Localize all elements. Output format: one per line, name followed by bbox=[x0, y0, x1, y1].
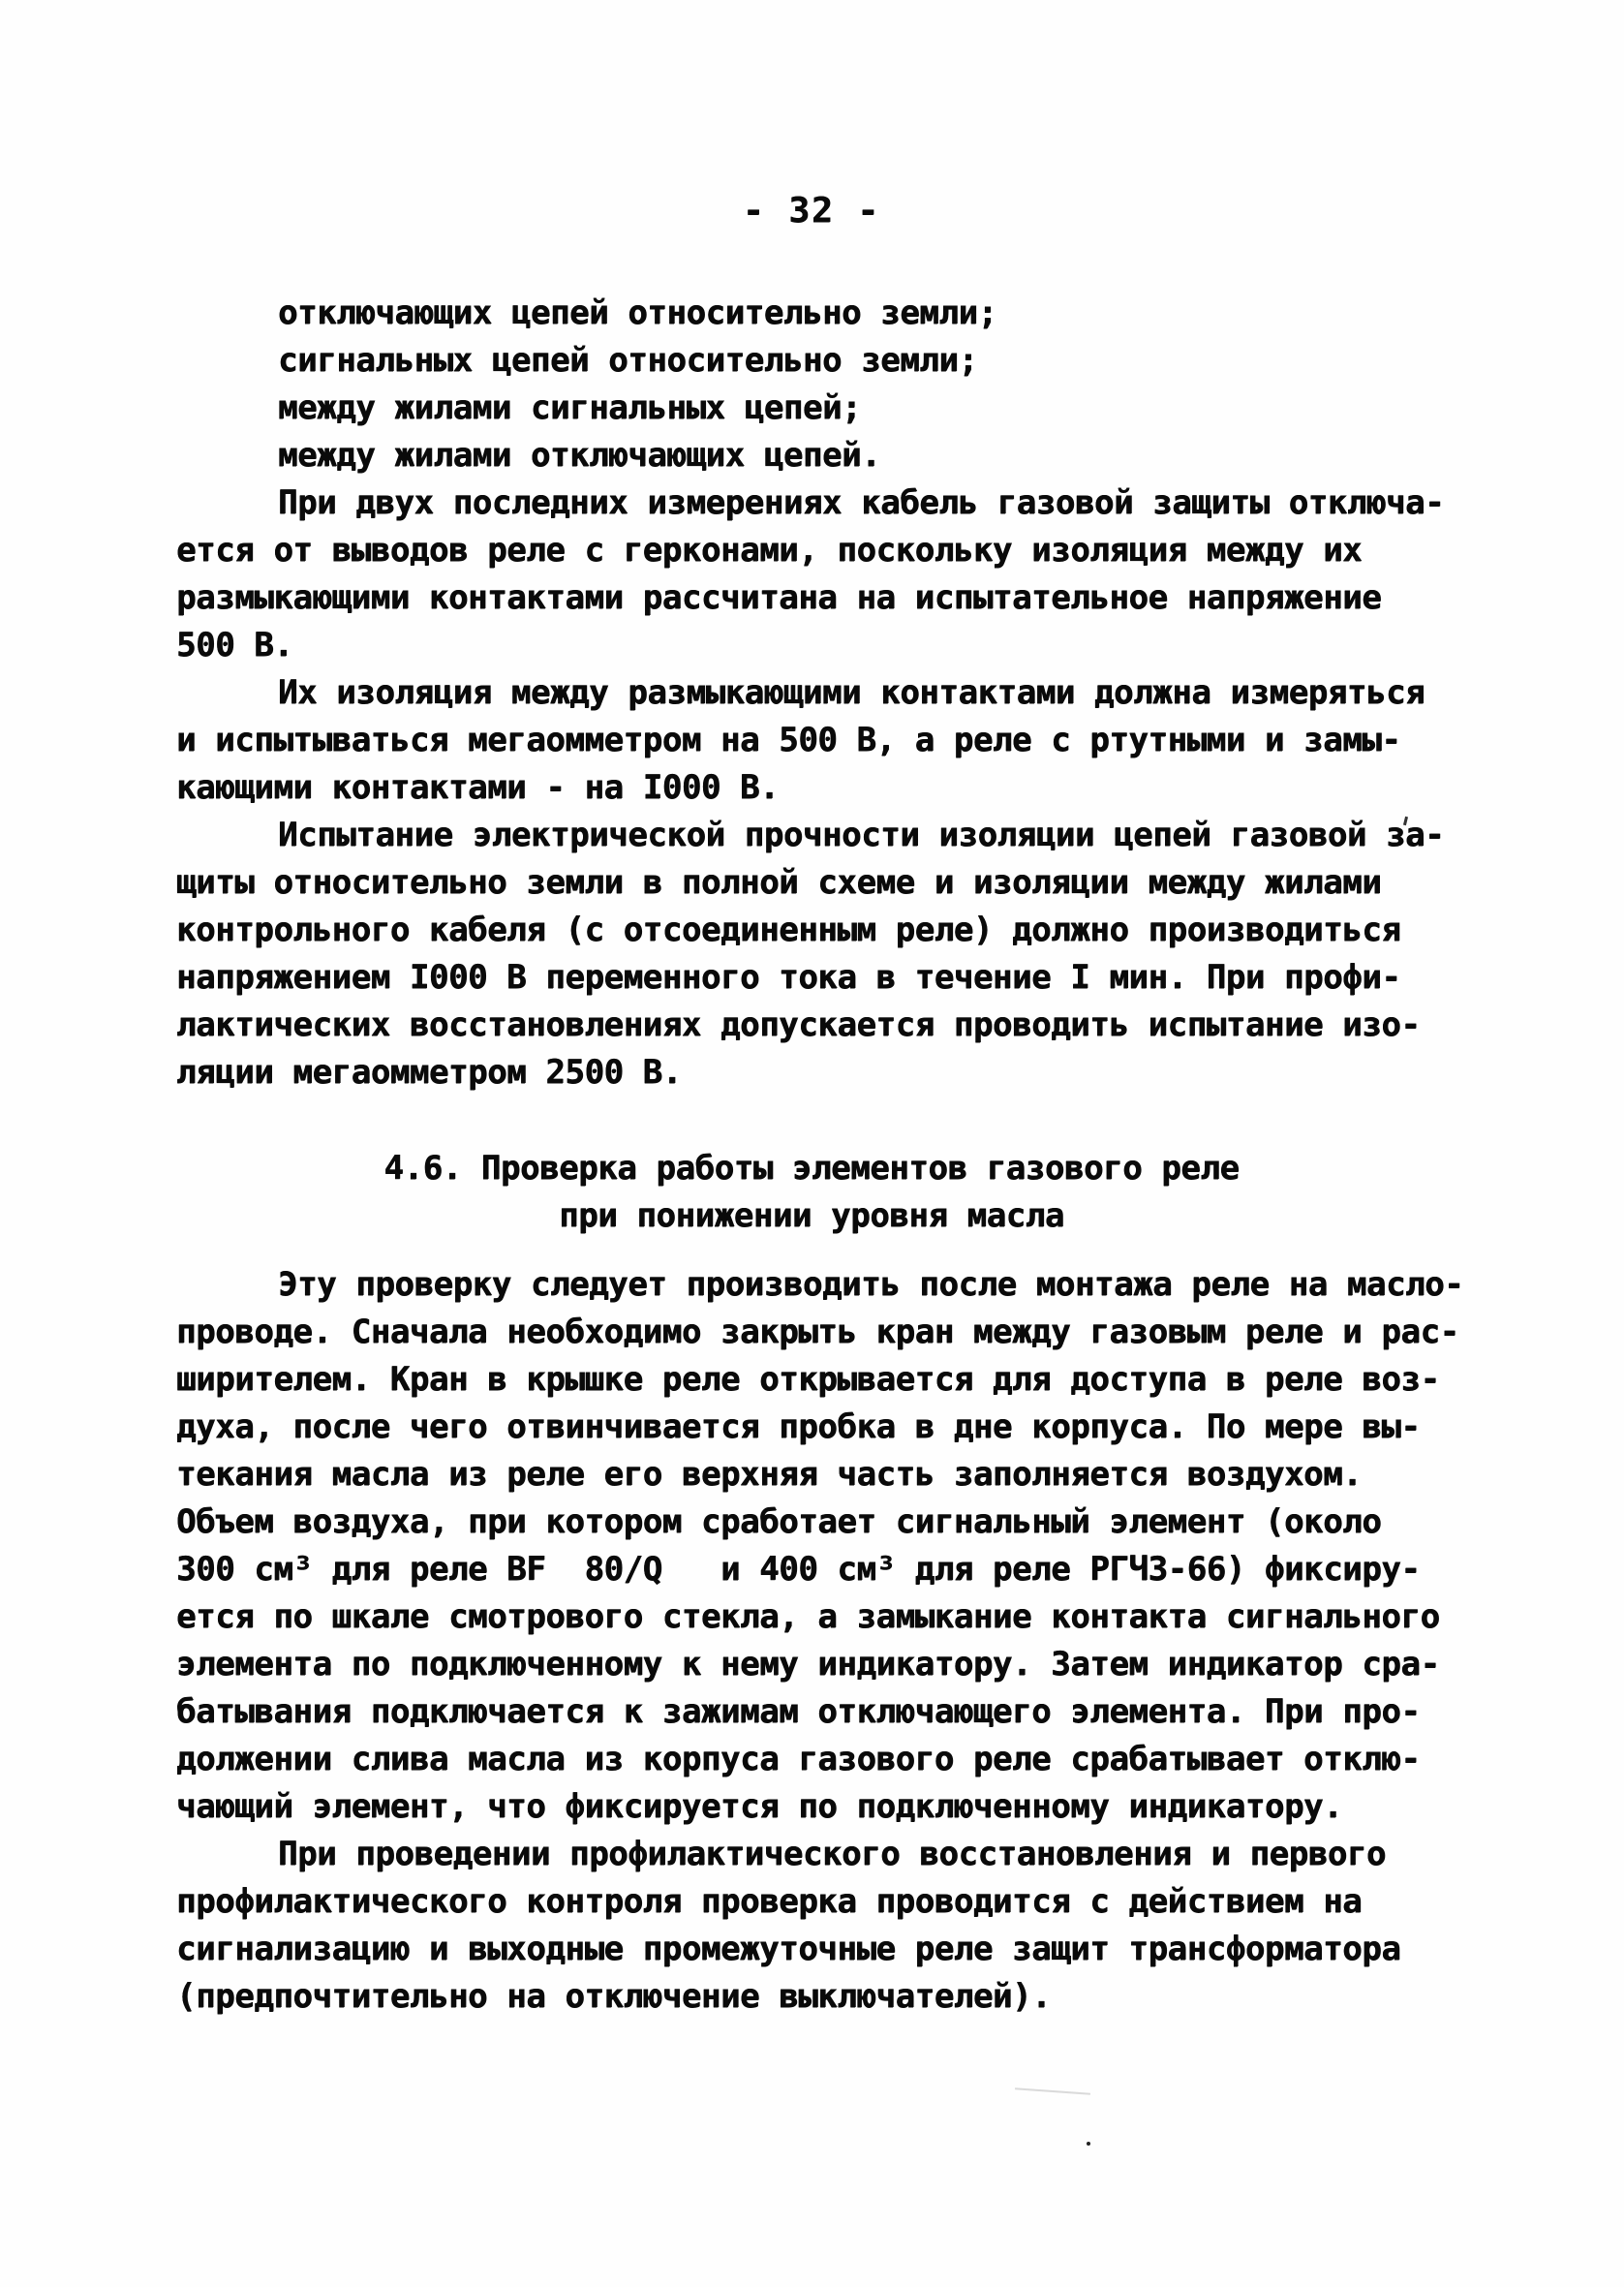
paragraph-prophylactic-check: При проведении профилактического восстан… bbox=[176, 1831, 1447, 2021]
scanned-document-page: - 32 - отключающих цепей относительно зе… bbox=[0, 0, 1624, 2287]
text-line: сигнализацию и выходные промежуточные ре… bbox=[176, 1926, 1447, 1973]
scan-artifact-line bbox=[1015, 2087, 1090, 2094]
text-line: профилактического контроля проверка пров… bbox=[176, 1878, 1447, 1926]
text-line: щиты относительно земли в полной схеме и… bbox=[176, 859, 1447, 907]
text-line: чающий элемент, что фиксируется по подкл… bbox=[176, 1783, 1447, 1831]
text-line: между жилами сигнальных цепей; bbox=[176, 385, 1447, 432]
paragraph-oil-level-check: Эту проверку следует производить после м… bbox=[176, 1261, 1447, 1831]
text-line: кающими контактами - на I000 В. bbox=[176, 764, 1447, 812]
text-line: При проведении профилактического восстан… bbox=[176, 1831, 1447, 1878]
text-line: батывания подключается к зажимам отключа… bbox=[176, 1688, 1447, 1736]
measurement-list: отключающих цепей относительно земли; си… bbox=[176, 290, 1447, 479]
text-line: ется по шкале смотрового стекла, а замык… bbox=[176, 1593, 1447, 1641]
text-line: Эту проверку следует производить после м… bbox=[176, 1261, 1447, 1309]
text-line: отключающих цепей относительно земли; bbox=[176, 290, 1447, 337]
paragraph-dielectric-test: Испытание электрической прочности изоляц… bbox=[176, 812, 1447, 1097]
text-line: лактических восстановлениях допускается … bbox=[176, 1002, 1447, 1049]
text-line: При двух последних измерениях кабель газ… bbox=[176, 479, 1447, 527]
section-heading-line: 4.6. Проверка работы элементов газового … bbox=[176, 1145, 1447, 1192]
text-line: и испытываться мегаомметром на 500 В, а … bbox=[176, 717, 1447, 764]
text-line: (предпочтительно на отключение выключате… bbox=[176, 1973, 1447, 2021]
text-line: должении слива масла из корпуса газового… bbox=[176, 1736, 1447, 1783]
text-line: текания масла из реле его верхняя часть … bbox=[176, 1451, 1447, 1499]
text-line: ется от выводов реле с герконами, поскол… bbox=[176, 527, 1447, 574]
scan-artifact-dot bbox=[1087, 2142, 1090, 2146]
text-line: сигнальных цепей относительно земли; bbox=[176, 337, 1447, 385]
text-line: ляции мегаомметром 2500 В. bbox=[176, 1049, 1447, 1097]
text-line: духа, после чего отвинчивается пробка в … bbox=[176, 1404, 1447, 1451]
section-heading-line: при понижении уровня масла bbox=[176, 1192, 1447, 1240]
text-line: размыкающими контактами рассчитана на ис… bbox=[176, 574, 1447, 622]
text-line: Их изоляция между размыкающими контактам… bbox=[176, 669, 1447, 717]
section-heading: 4.6. Проверка работы элементов газового … bbox=[176, 1145, 1447, 1240]
text-line: 300 см³ для реле BF 80/Q и 400 см³ для р… bbox=[176, 1546, 1447, 1593]
paragraph-cable-disconnect: При двух последних измерениях кабель газ… bbox=[176, 479, 1447, 669]
text-line: Объем воздуха, при котором сработает сиг… bbox=[176, 1499, 1447, 1546]
page-number: - 32 - bbox=[176, 187, 1447, 234]
text-line: проводе. Сначала необходимо закрыть кран… bbox=[176, 1309, 1447, 1356]
text-line: между жилами отключающих цепей. bbox=[176, 432, 1447, 479]
text-line: контрольного кабеля (с отсоединенным рел… bbox=[176, 907, 1447, 954]
text-line: 500 В. bbox=[176, 622, 1447, 669]
text-line: напряжением I000 В переменного тока в те… bbox=[176, 954, 1447, 1002]
text-line: ширителем. Кран в крышке реле открываетс… bbox=[176, 1356, 1447, 1404]
text-line: Испытание электрической прочности изоляц… bbox=[176, 812, 1447, 859]
text-line: элемента по подключенному к нему индикат… bbox=[176, 1641, 1447, 1688]
paragraph-insulation-test: Их изоляция между размыкающими контактам… bbox=[176, 669, 1447, 812]
